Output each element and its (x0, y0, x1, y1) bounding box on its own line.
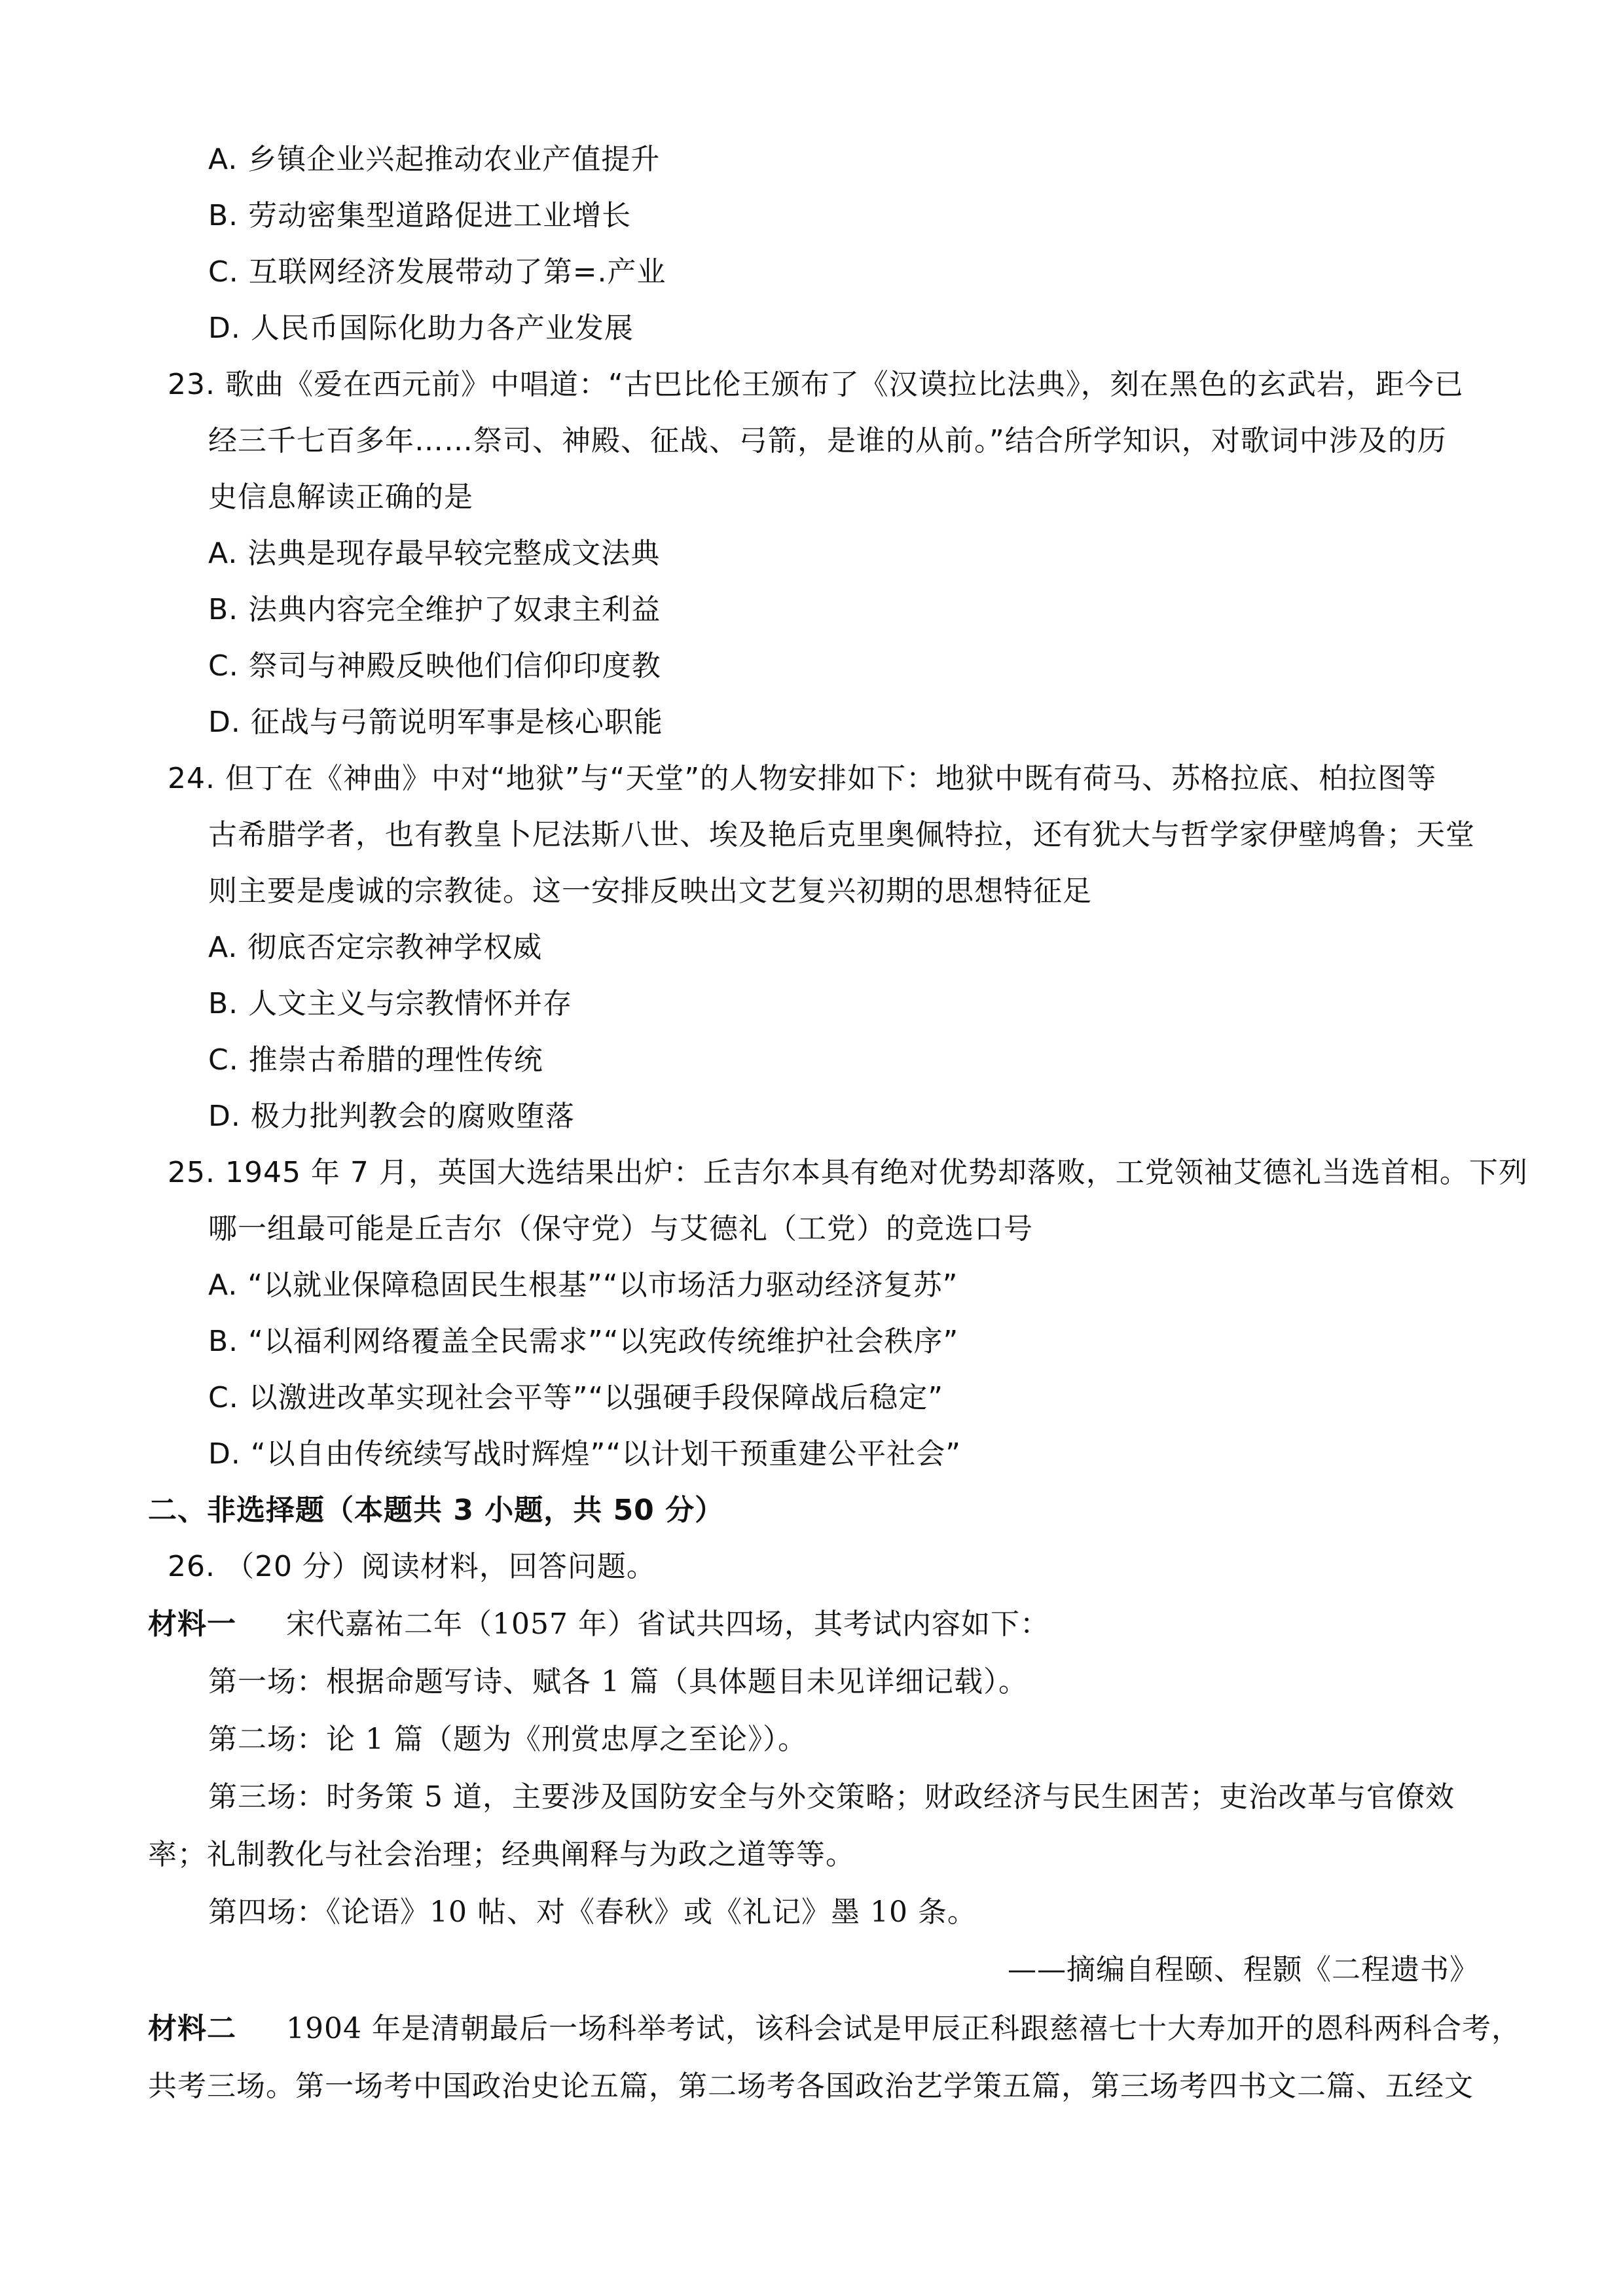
q25-stem-line-2: 哪一组最可能是丘吉尔（保守党）与艾德礼（工党）的竞选口号 (208, 1210, 1033, 1249)
q24-stem-line-3: 则主要是虔诚的宗教徒。这一安排反映出文艺复兴初期的思想特征足 (208, 872, 1092, 911)
q23-option-d: D. 征战与弓箭说明军事是核心职能 (208, 703, 663, 742)
q25-option-a: A. “以就业保障稳固民生根基”“以市场活力驱动经济复苏” (208, 1266, 958, 1305)
q24-option-a: A. 彻底否定宗教神学权威 (208, 928, 542, 967)
q25-option-b: B. “以福利网络覆盖全民需求”“以宪政传统维护社会秩序” (208, 1322, 958, 1361)
material-2: 材料二 1904 年是清朝最后一场科举考试，该科会试是甲辰正科跟慈禧七十大寿加开… (148, 2009, 1521, 2049)
material-1-item-1: 第一场：根据命题写诗、赋各 1 篇（具体题目未见详细记载）。 (208, 1662, 1028, 1702)
q22-option-b: B. 劳动密集型道路促进工业增长 (208, 196, 631, 236)
q24-option-d: D. 极力批判教会的腐败堕落 (208, 1097, 575, 1136)
q23-option-b: B. 法典内容完全维护了奴隶主利益 (208, 590, 661, 630)
q22-option-a: A. 乡镇企业兴起推动农业产值提升 (208, 140, 660, 179)
q26-stem: 26. （20 分）阅读材料，回答问题。 (168, 1547, 656, 1587)
material-2-line-1: 1904 年是清朝最后一场科举考试，该科会试是甲辰正科跟慈禧七十大寿加开的恩科两… (286, 2012, 1521, 2045)
q25-option-d: D. “以自由传统续写战时辉煌”“以计划干预重建公平社会” (208, 1435, 961, 1474)
q22-option-d: D. 人民币国际化助力各产业发展 (208, 309, 634, 348)
material-1-item-3: 第三场：时务策 5 道，主要涉及国防安全与外交策略；财政经济与民生困苦；吏治改革… (208, 1778, 1455, 1817)
material-1-label: 材料一 (148, 1607, 236, 1641)
q23-option-c: C. 祭司与神殿反映他们信仰印度教 (208, 647, 661, 686)
q24-stem-line-2: 古希腊学者，也有教皇卜尼法斯八世、埃及艳后克里奥佩特拉，还有犹大与哲学家伊壁鸠鲁… (208, 816, 1475, 855)
q23-stem-line-2: 经三千七百多年……祭司、神殿、征战、弓箭，是谁的从前。”结合所学知识，对歌词中涉… (208, 422, 1447, 461)
q24-stem-line-1: 24. 但丁在《神曲》中对“地狱”与“天堂”的人物安排如下：地狱中既有荷马、苏格… (168, 759, 1436, 798)
q23-option-a: A. 法典是现存最早较完整成文法典 (208, 534, 660, 573)
material-1-item-4: 第四场：《论语》10 帖、对《春秋》或《礼记》墨 10 条。 (208, 1893, 977, 1932)
material-1-item-2: 第二场：论 1 篇（题为《刑赏忠厚之至论》）。 (208, 1720, 807, 1759)
q23-stem-line-1: 23. 歌曲《爱在西元前》中唱道：“古巴比伦王颁布了《汉谟拉比法典》，刻在黑色的… (168, 365, 1464, 404)
material-2-label: 材料二 (148, 2012, 236, 2045)
q24-option-c: C. 推崇古希腊的理性传统 (208, 1041, 543, 1080)
material-1-source: ——摘编自程颐、程颢《二程遗书》 (1008, 1950, 1479, 1990)
q24-option-b: B. 人文主义与宗教情怀并存 (208, 984, 572, 1024)
material-2-line-2: 共考三场。第一场考中国政治史论五篇，第二场考各国政治艺学策五篇，第三场考四书文二… (148, 2067, 1474, 2106)
section-2-heading: 二、非选择题（本题共 3 小题，共 50 分） (148, 1491, 724, 1530)
q22-option-c: C. 互联网经济发展带动了第=.产业 (208, 253, 666, 292)
exam-page: A. 乡镇企业兴起推动农业产值提升 B. 劳动密集型道路促进工业增长 C. 互联… (0, 0, 1623, 2296)
q25-stem-line-1: 25. 1945 年 7 月，英国大选结果出炉：丘吉尔本具有绝对优势却落败，工党… (168, 1153, 1528, 1193)
q25-option-c: C. 以激进改革实现社会平等”“以强硬手段保障战后稳定” (208, 1378, 943, 1418)
material-1-intro: 宋代嘉祐二年（1057 年）省试共四场，其考试内容如下： (286, 1607, 1049, 1641)
q23-stem-line-3: 史信息解读正确的是 (208, 478, 473, 517)
material-1-item-3-cont: 率；礼制教化与社会治理；经典阐释与为政之道等等。 (148, 1835, 855, 1874)
material-1: 材料一 宋代嘉祐二年（1057 年）省试共四场，其考试内容如下： (148, 1605, 1049, 1644)
